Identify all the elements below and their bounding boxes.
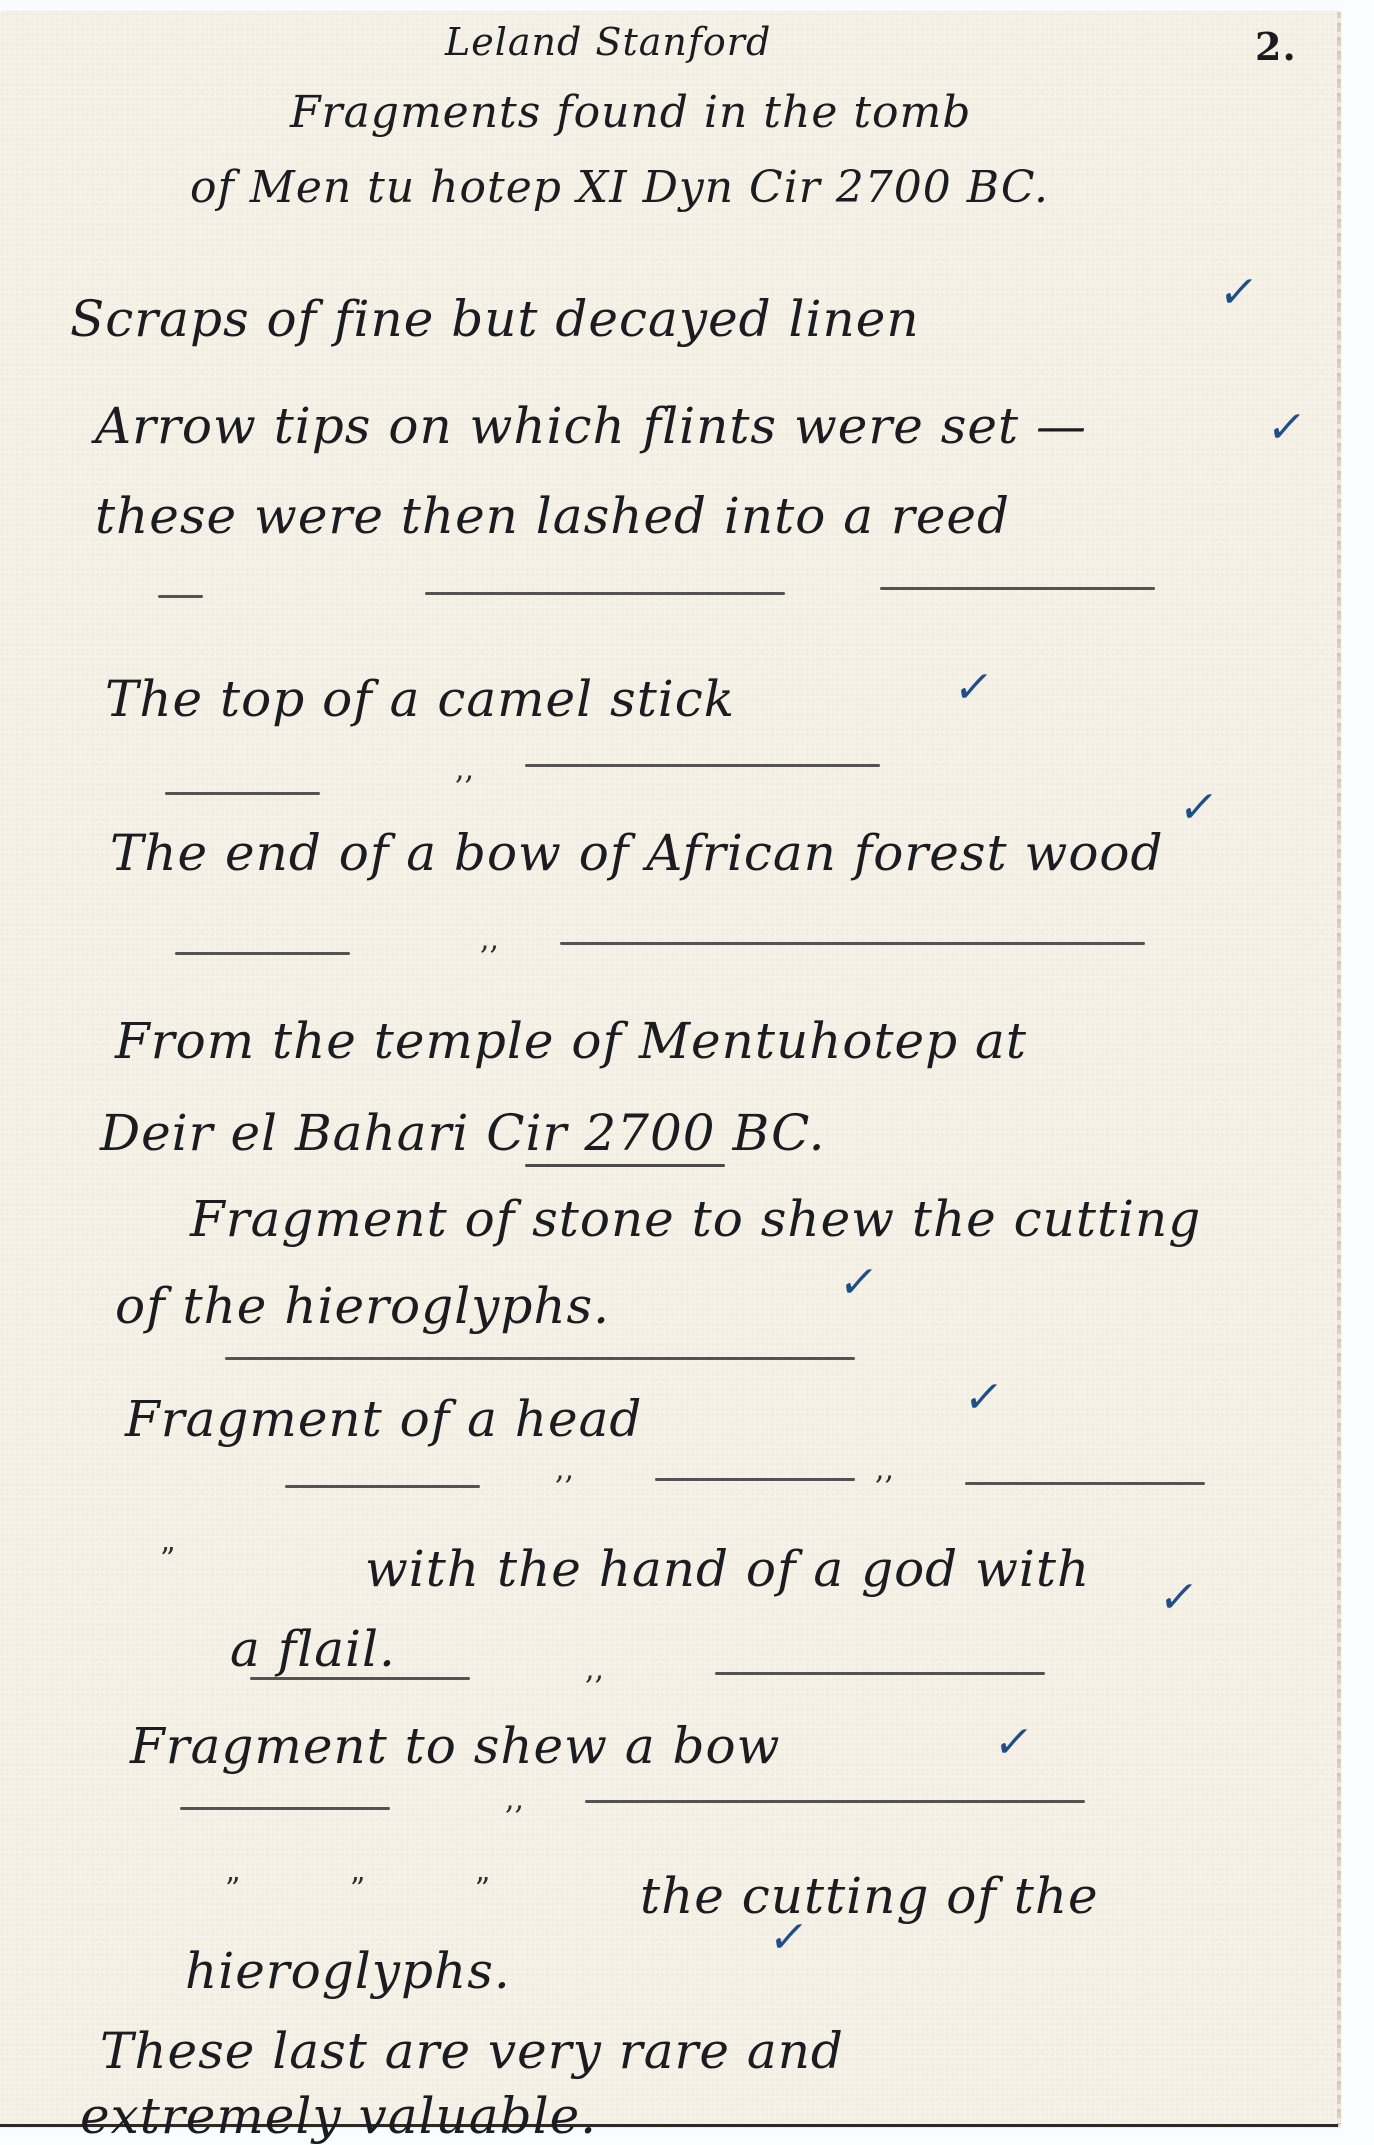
ditto-mark: ,, <box>875 1452 894 1487</box>
check-mark-icon: ✓ <box>1156 1572 1202 1623</box>
item-camel-stick: The top of a camel stick <box>105 670 735 728</box>
check-mark-icon: ✓ <box>1176 782 1222 833</box>
separator-line <box>560 942 1145 945</box>
check-mark-icon: ✓ <box>836 1257 882 1308</box>
item-hieroglyphs-line-2: hieroglyphs. <box>185 1942 511 2000</box>
ditto-mark: ,, <box>555 1452 574 1487</box>
separator-line <box>250 1677 470 1680</box>
check-mark-icon: ✓ <box>1216 267 1262 318</box>
check-mark-icon: ✓ <box>766 1912 812 1963</box>
separator-line <box>585 1800 1085 1803</box>
separator-line <box>225 1357 855 1360</box>
check-mark-icon: ✓ <box>961 1372 1007 1423</box>
separator-line <box>175 952 350 955</box>
item-stone-line-1: Fragment of stone to shew the cutting <box>190 1190 1201 1248</box>
check-mark-icon: ✓ <box>951 662 997 713</box>
separator-line <box>425 592 785 595</box>
temple-heading-line-2: Deir el Bahari Cir 2700 BC. <box>100 1104 826 1162</box>
item-arrow-tips: Arrow tips on which flints were set — <box>95 397 1087 455</box>
item-head: Fragment of a head <box>125 1390 642 1448</box>
separator-line <box>525 764 880 767</box>
separator-line <box>165 792 320 795</box>
ditto-mark: ,, <box>505 1782 524 1817</box>
closing-line-2: extremely valuable. <box>80 2087 597 2145</box>
page-number: 2. <box>1255 24 1297 69</box>
ditto-mark: ,, <box>455 752 474 787</box>
ditto-mark: ” ” ” <box>225 1872 540 1907</box>
item-linen: Scraps of fine but decayed linen <box>70 290 920 348</box>
separator-line <box>880 587 1155 590</box>
separator-line <box>965 1482 1205 1485</box>
closing-line-1: These last are very rare and <box>100 2022 844 2080</box>
underline-bahari <box>525 1164 725 1167</box>
ditto-mark: ” <box>160 1542 175 1577</box>
title-line-1: Fragments found in the tomb <box>290 87 971 138</box>
separator-line <box>285 1485 480 1488</box>
separator-line <box>180 1807 390 1810</box>
item-god-flail-line-1: with the hand of a god with <box>365 1540 1090 1598</box>
torn-paper-edge <box>1337 12 1341 2124</box>
item-bow-fragment: Fragment to shew a bow <box>130 1717 780 1775</box>
title-line-2: of Men tu hotep XI Dyn Cir 2700 BC. <box>190 162 1049 213</box>
item-reed: these were then lashed into a reed <box>95 487 1010 545</box>
separator-line <box>655 1478 855 1481</box>
item-hieroglyphs-line-1: the cutting of the <box>640 1867 1099 1925</box>
separator-dash <box>158 595 203 598</box>
ditto-mark: ,, <box>585 1652 604 1687</box>
author-heading: Leland Stanford <box>445 20 771 64</box>
check-mark-icon: ✓ <box>1264 402 1310 453</box>
item-bow-end: The end of a bow of African forest wood <box>110 824 1164 882</box>
check-mark-icon: ✓ <box>991 1717 1037 1768</box>
handwritten-page: Leland Stanford 2. Fragments found in th… <box>0 12 1338 2127</box>
separator-line <box>715 1672 1045 1675</box>
item-stone-line-2: of the hieroglyphs. <box>115 1277 610 1335</box>
item-god-flail-line-2: a flail. <box>230 1620 396 1678</box>
temple-heading-line-1: From the temple of Mentuhotep at <box>115 1012 1027 1070</box>
ditto-mark: ,, <box>480 922 499 957</box>
